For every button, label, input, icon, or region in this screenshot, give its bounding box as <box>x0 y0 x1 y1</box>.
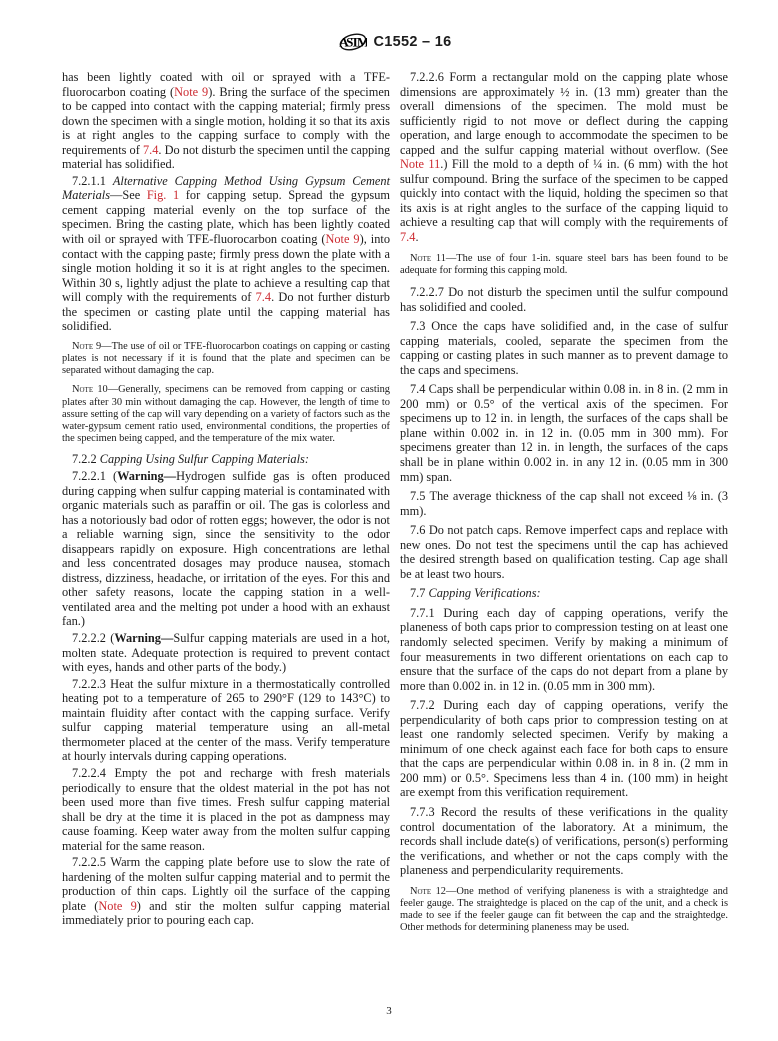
body-paragraph: 7.2.2.4 Empty the pot and recharge with … <box>62 766 390 853</box>
note-paragraph: Note 10—Generally, specimens can be remo… <box>62 384 390 445</box>
text-run: The use of oil or TFE-fluorocarbon coati… <box>62 341 390 376</box>
text-run: Note 11— <box>410 253 456 264</box>
body-paragraph: 7.2.2.5 Warm the capping plate before us… <box>62 855 390 928</box>
body-paragraph: 7.3 Once the caps have solidified and, i… <box>400 319 728 377</box>
text-run: 7.6 Do not patch caps. Remove imperfect … <box>400 523 728 581</box>
body-paragraph: 7.2.2.1 (Warning—Hydrogen sulfide gas is… <box>62 469 390 629</box>
body-paragraph: 7.5 The average thickness of the cap sha… <box>400 489 728 518</box>
text-run: 7.2.2.6 Form a rectangular mold on the c… <box>400 70 728 157</box>
body-paragraph: 7.6 Do not patch caps. Remove imperfect … <box>400 523 728 581</box>
text-run: Capping Verifications: <box>429 586 541 600</box>
astm-logo-text: ASTM <box>339 35 367 50</box>
text-run: 7.7.1 During each day of capping operati… <box>400 606 728 693</box>
body-paragraph: has been lightly coated with oil or spra… <box>62 70 390 172</box>
text-run: Warning— <box>117 469 176 483</box>
text-run: 7.2.2.7 Do not disturb the specimen unti… <box>400 285 728 314</box>
note-paragraph: Note 12—One method of verifying planenes… <box>400 886 728 935</box>
text-run: 7.7 <box>410 586 429 600</box>
text-run: Hydrogen sulfide gas is often produced d… <box>62 469 390 628</box>
body-paragraph: 7.2.2 Capping Using Sulfur Capping Mater… <box>62 452 390 467</box>
text-run: 7.2.2 <box>72 452 100 466</box>
note-paragraph: Note 9—The use of oil or TFE-fluorocarbo… <box>62 341 390 378</box>
body-paragraph: 7.4 Caps shall be perpendicular within 0… <box>400 382 728 484</box>
text-run: Note 9— <box>72 341 112 352</box>
page-number: 3 <box>386 1005 392 1017</box>
body-paragraph: 7.2.2.3 Heat the sulfur mixture in a the… <box>62 677 390 764</box>
body-paragraph: 7.2.2.6 Form a rectangular mold on the c… <box>400 70 728 245</box>
body-paragraph: 7.7.1 During each day of capping operati… <box>400 606 728 693</box>
text-run: 7.3 Once the caps have solidified and, i… <box>400 319 728 377</box>
ref-link[interactable]: Note 11 <box>400 157 440 171</box>
text-run: Capping Using Sulfur Capping Materials: <box>100 452 309 466</box>
page-header: ASTM C1552 – 16 <box>62 30 728 54</box>
standard-designation: C1552 – 16 <box>374 34 452 50</box>
document-page: ASTM C1552 – 16 has been lightly coated … <box>0 0 778 1041</box>
text-run: —See <box>110 188 147 202</box>
body-paragraph: 7.7.2 During each day of capping operati… <box>400 698 728 800</box>
page-footer: 3 <box>0 1005 778 1017</box>
text-run: .) Fill the mold to a depth of ¼ in. (6 … <box>400 157 728 229</box>
ref-link[interactable]: 7.4 <box>256 290 271 304</box>
body-paragraph: 7.2.2.7 Do not disturb the specimen unti… <box>400 285 728 314</box>
astm-logo: ASTM <box>339 30 367 54</box>
left-column: has been lightly coated with oil or spra… <box>62 70 390 935</box>
text-run: 7.7.2 During each day of capping operati… <box>400 698 728 799</box>
text-run: 7.4 Caps shall be perpendicular within 0… <box>400 382 728 483</box>
text-run: 7.2.1.1 <box>72 174 113 188</box>
body-paragraph: 7.2.2.2 (Warning—Sulfur capping material… <box>62 631 390 675</box>
ref-link[interactable]: Note 9 <box>325 232 359 246</box>
ref-link[interactable]: Note 9 <box>98 899 136 913</box>
document-body: has been lightly coated with oil or spra… <box>62 70 728 935</box>
text-run: Warning— <box>114 631 173 645</box>
text-run: 7.2.2.4 Empty the pot and recharge with … <box>62 766 390 853</box>
note-paragraph: Note 11—The use of four 1-in. square ste… <box>400 253 728 277</box>
text-run: 7.2.2.2 ( <box>72 631 114 645</box>
text-run: 7.2.2.1 ( <box>72 469 117 483</box>
text-run: 7.5 The average thickness of the cap sha… <box>400 489 728 518</box>
text-run: 7.2.2.3 Heat the sulfur mixture in a the… <box>62 677 390 764</box>
right-column: 7.2.2.6 Form a rectangular mold on the c… <box>400 70 728 935</box>
ref-link[interactable]: 7.4 <box>143 143 158 157</box>
text-run: Note 10— <box>72 384 118 395</box>
ref-link[interactable]: 7.4 <box>400 230 415 244</box>
body-paragraph: 7.2.1.1 Alternative Capping Method Using… <box>62 174 390 334</box>
ref-link[interactable]: Note 9 <box>174 85 208 99</box>
text-run: . <box>415 230 418 244</box>
text-run: Note 12— <box>410 886 456 897</box>
ref-link[interactable]: Fig. 1 <box>147 188 179 202</box>
text-run: 7.7.3 Record the results of these verifi… <box>400 805 728 877</box>
body-paragraph: 7.7.3 Record the results of these verifi… <box>400 805 728 878</box>
body-paragraph: 7.7 Capping Verifications: <box>400 586 728 601</box>
